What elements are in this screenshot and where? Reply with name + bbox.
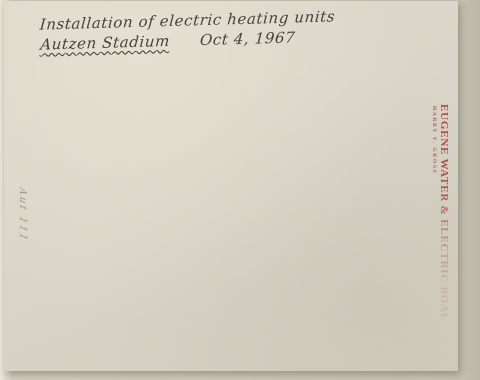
eweb-rubber-stamp: EUGENE WATER & ELECTRIC BOARD HARRY Y. G… (431, 104, 450, 316)
stamp-organization: EUGENE WATER & ELECTRIC BOARD (438, 104, 450, 316)
archival-code: Aut 111 (17, 186, 28, 243)
handwritten-caption: Installation of electric heating units A… (40, 6, 371, 55)
caption-subject: Autzen Stadium (40, 31, 171, 56)
caption-date: Oct 4, 1967 (199, 27, 296, 51)
stamp-name: HARRY Y. GROSS (431, 106, 437, 316)
photo-back-paper: Installation of electric heating units A… (4, 1, 458, 371)
